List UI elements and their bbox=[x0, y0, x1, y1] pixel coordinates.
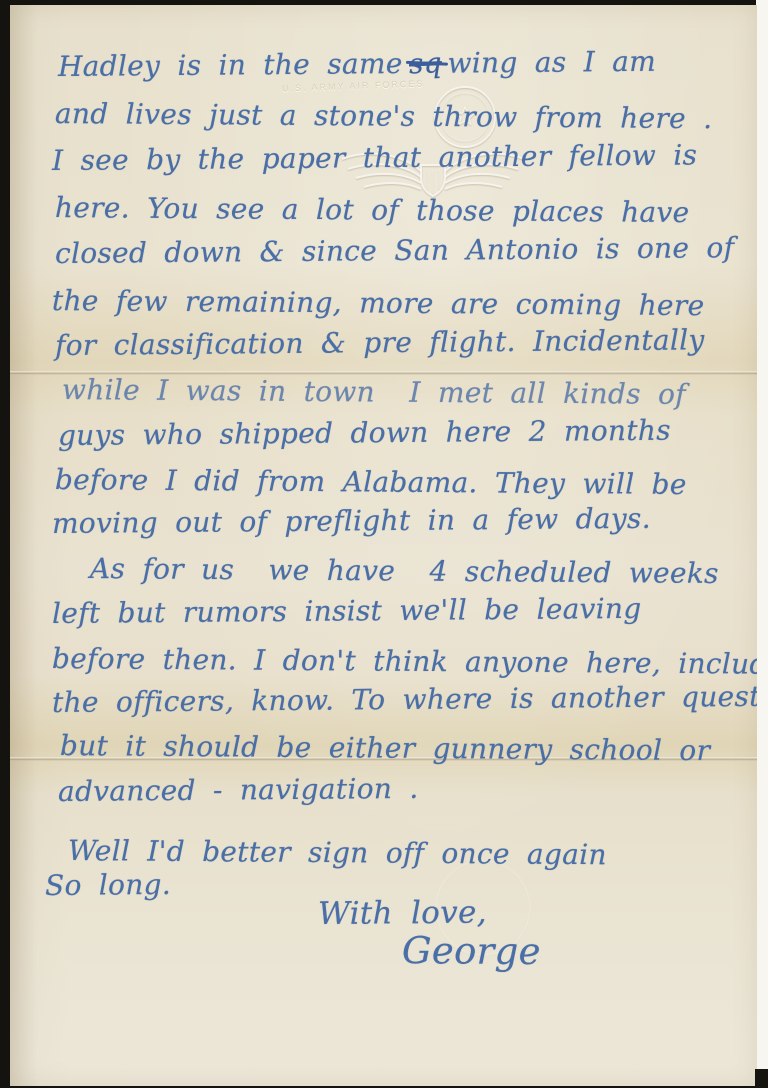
letter-line: and lives just a stone's throw from here… bbox=[55, 97, 713, 135]
line-text: Hadley is in the same bbox=[58, 47, 403, 83]
letter-line: Well I'd better sign off once again bbox=[68, 834, 607, 871]
letter-line: for classification & pre flight. Inciden… bbox=[55, 323, 705, 362]
letter-line: the few remaining, more are coming here bbox=[52, 284, 705, 322]
letter-line: before then. I don't think anyone here, … bbox=[52, 642, 757, 681]
signature: George bbox=[402, 929, 541, 973]
letter-line: advanced - navigation . bbox=[58, 772, 419, 808]
letter-line: As for us we have 4 scheduled weeks bbox=[90, 552, 719, 590]
letter-line: Hadley is in the samesqwing as I am bbox=[58, 45, 656, 83]
scanner-edge-strip bbox=[756, 0, 768, 1088]
letter-line: So long. bbox=[45, 868, 171, 902]
letter-line: while I was in town I met all kinds of bbox=[62, 373, 686, 411]
letter-line: moving out of preflight in a few days. bbox=[52, 502, 651, 540]
letter-line: guys who shipped down here 2 months bbox=[58, 414, 671, 452]
letter-line: before I did from Alabama. They will be bbox=[55, 463, 687, 501]
letter-closing: With love, bbox=[318, 895, 487, 932]
letter-line: I see by the paper that another fellow i… bbox=[52, 138, 697, 177]
scanner-corner bbox=[755, 1069, 768, 1088]
letter-line: left but rumors insist we'll be leaving bbox=[52, 592, 642, 630]
letter-line: the officers, know. To where is another … bbox=[52, 679, 757, 719]
letter-line: but it should be either gunnery school o… bbox=[60, 729, 710, 767]
line-text: wing as I am bbox=[447, 45, 656, 80]
letter-line: here. You see a lot of those places have bbox=[55, 191, 690, 229]
crossed-out-word: sq bbox=[408, 46, 442, 80]
letter-line: closed down & since San Antonio is one o… bbox=[55, 231, 735, 270]
letter-page: U.S. ARMY AIR FORCES Hadley is in the sa… bbox=[10, 5, 757, 1086]
